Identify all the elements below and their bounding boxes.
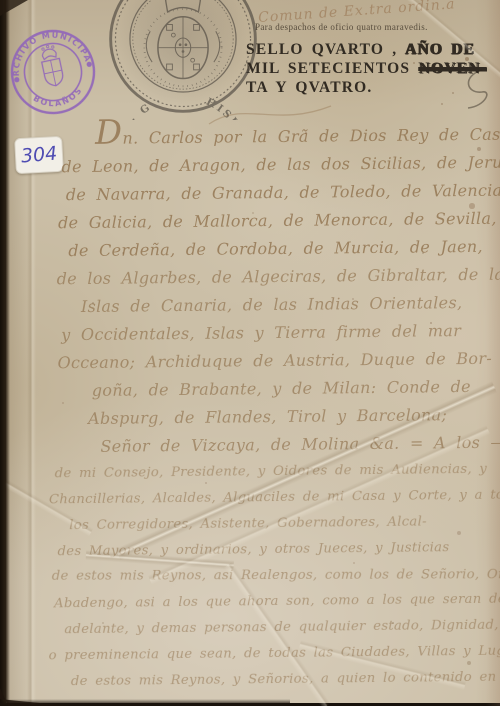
manuscript-line: y Occidentales, Islas y Tierra firme del… [61,317,493,350]
manuscript-line: Islas de Canaria, de las Indias Oriental… [81,289,493,321]
archive-stamp-crest-icon [39,44,65,88]
sello-line-1-text: SELLO QVARTO , [246,41,397,58]
sello-line-2-text: MIL SETECIENTOS [246,60,410,77]
manuscript-line: des Mayores, y ordinarios, y otros Juece… [57,535,495,566]
scanned-document-page: HISPANIAR · REX * CAROLUS · IV · D · G · [0,0,500,706]
sello-line-2: MIL SETECIENTOS NOVEN- [246,59,487,78]
manuscript-line: de Leon, de Aragon, de las dos Sicilias,… [61,149,491,182]
manuscript-line: Dn. Carlos por la Grã de Dios Rey de Cas… [95,116,491,153]
manuscript-line: de Cerdeña, de Cordoba, de Murcia, de Ja… [68,233,492,265]
manuscript-line: de Navarra, de Granada, de Toledo, de Va… [66,177,492,209]
sello-line-1-overstruck: AÑO DE [405,41,475,58]
manuscript-line: de estos mis Reynos, asi Realengos, como… [52,562,496,590]
sello-cuarto-stamp: SELLO QVARTO , AÑO DE MIL SETECIENTOS NO… [246,40,487,97]
manuscript-line: Señor de Vizcaya, de Molina &a. = A los … [100,429,494,461]
manuscript-line: Occeano; Archiduque de Austria, Duque de… [57,345,493,378]
printed-fee-line: Para despachos de oficio quatro maravedi… [255,22,465,32]
scan-edge-left [0,0,10,706]
manuscript-line: goña, de Brabante, y de Milan: Conde de [92,373,494,405]
archive-stamp-bottom-text: BOLAÑOS [30,84,87,113]
archive-stamp-bottom-arc: BOLAÑOS [30,84,87,113]
ink-scribble [452,66,494,112]
sello-line-1: SELLO QVARTO , AÑO DE [246,40,487,59]
manuscript-line: Abspurg, de Flandes, Tirol y Barcelona; [88,401,494,433]
manuscript-line: de Galicia, de Mallorca, de Menorca, de … [58,205,492,238]
sello-line-3: TA Y QVATRO. [246,78,487,97]
archive-stamp: ARCHIVO MUNICIPAL BOLAÑOS [0,19,106,126]
manuscript-line: de estos mis Reynos, y Señorios, a quien… [71,665,497,695]
manuscript-text-block: Dn. Carlos por la Grã de Dios Rey de Cas… [53,116,497,696]
